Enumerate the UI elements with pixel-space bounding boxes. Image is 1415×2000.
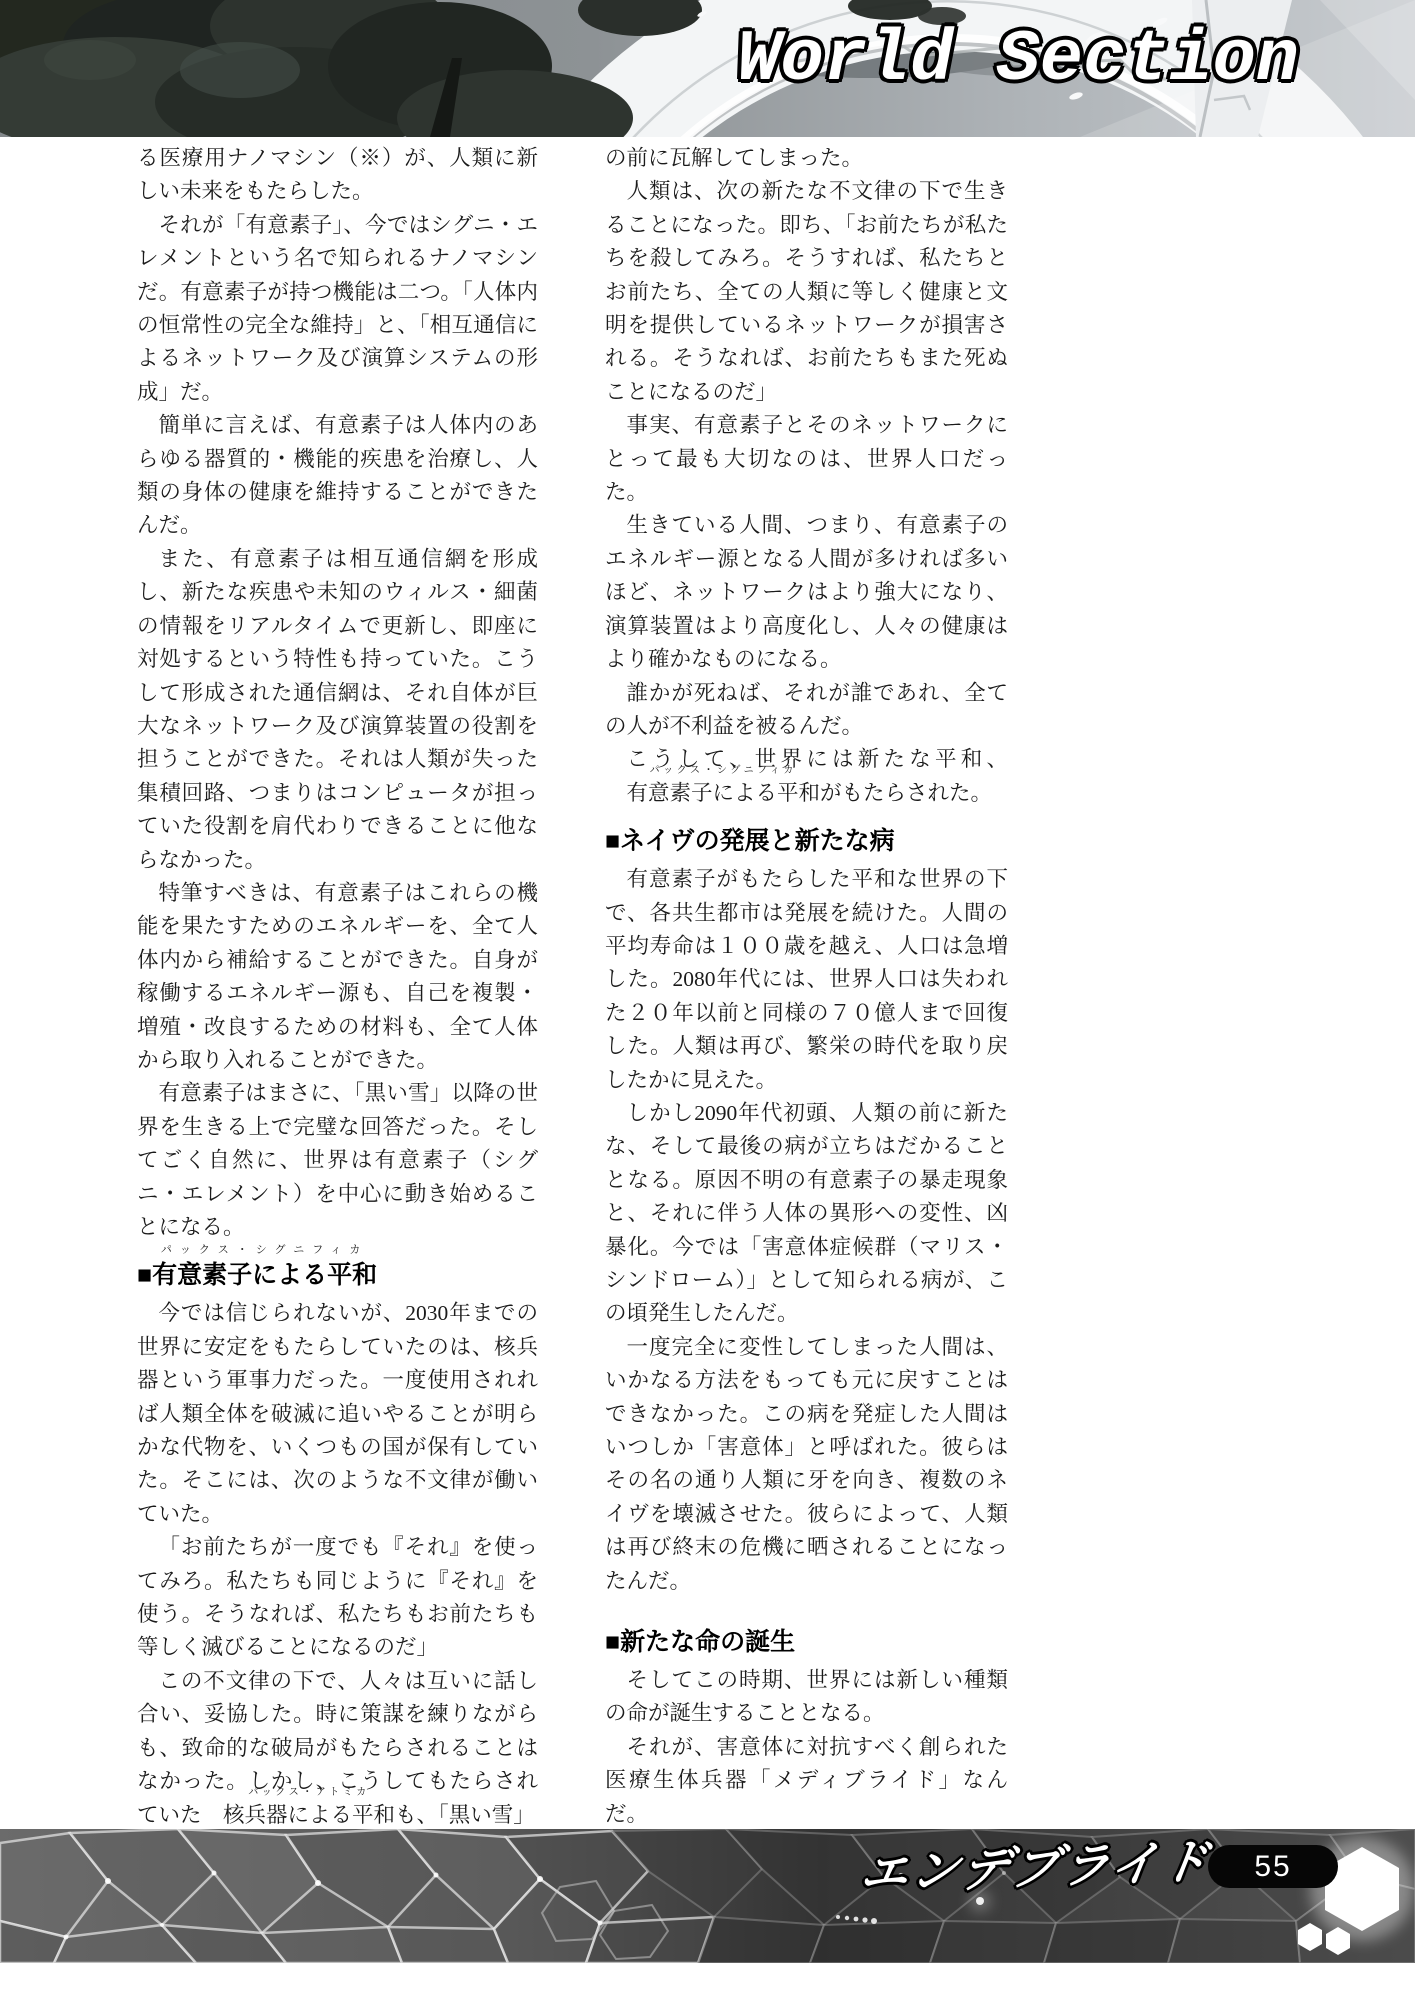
- paragraph: 生きている人間、つまり、有意素子のエネルギー源となる人間が多ければ多いほど、ネッ…: [605, 509, 1008, 676]
- paragraph: の前に瓦解してしまった。: [605, 142, 1008, 175]
- paragraph: しかし2090年代初頭、人類の前に新たな、そして最後の病が立ちはだかることとなる…: [605, 1097, 1008, 1331]
- paragraph: 有意素子がもたらした平和な世界の下で、各共生都市は発展を続けた。人間の平均寿命は…: [605, 863, 1008, 1097]
- paragraph: 簡単に言えば、有意素子は人体内のあらゆる器質的・機能的疾患を治療し、人類の身体の…: [137, 409, 538, 543]
- section-heading: ■ネイヴの発展と新たな病: [605, 823, 1008, 859]
- paragraph: それが、害意体に対抗すべく創られた医療生体兵器「メディブライド」なんだ。: [605, 1731, 1008, 1831]
- paragraph: また、有意素子は相互通信網を形成し、新たな疾患や未知のウィルス・細菌の情報をリア…: [137, 543, 538, 877]
- ruby-annotated-text: 有意素子による平和パックス・シグニフィカ: [152, 1257, 377, 1293]
- paragraph: 人類は、次の新たな不文律の下で生きることになった。即ち、「お前たちが私たちを殺し…: [605, 175, 1008, 409]
- page-number: 55: [1254, 1850, 1291, 1883]
- paragraph: 誰かが死ねば、それが誰であれ、全ての人が不利益を被るんだ。: [605, 677, 1008, 744]
- paragraph: それが「有意素子」、今ではシグニ・エレメントという名で知られるナノマシンだ。有意…: [137, 209, 538, 409]
- paragraph: 特筆すべきは、有意素子はこれらの機能を果たすためのエネルギーを、全て人体内から補…: [137, 877, 538, 1077]
- paragraph: る医療用ナノマシン（※）が、人類に新しい未来をもたらした。: [137, 142, 538, 209]
- ruby-text: パックス・シグニフィカ: [161, 1245, 369, 1256]
- ruby-annotated-text: 有意素子による平和パックス・シグニフィカ: [605, 777, 820, 810]
- paragraph: 有意素子はまさに、「黒い雪」以降の世界を生きる上で完璧な回答だった。そしてごく自…: [137, 1077, 538, 1244]
- paragraph: 一度完全に変性してしまった人間は、いかなる方法をもっても元に戻すことはできなかっ…: [605, 1331, 1008, 1598]
- paragraph: 「お前たちが一度でも『それ』を使ってみろ。私たちも同じように『それ』を使う。そう…: [137, 1531, 538, 1665]
- ruby-text: パックス・シグニフィカ: [628, 766, 797, 776]
- paragraph: こうして、世界には新たな平和、有意素子による平和パックス・シグニフィカがもたらさ…: [605, 743, 1008, 810]
- ruby-annotated-text: 核兵器による平和パックス・アトミカ: [202, 1799, 396, 1832]
- book-page: World Section る医療用ナノマシン（※）が、人類に新しい未来をもたら…: [0, 0, 1415, 2000]
- ruby-text: パックス・アトミカ: [227, 1788, 370, 1798]
- text-column-right: の前に瓦解してしまった。人類は、次の新たな不文律の下で生きることになった。即ち、…: [605, 142, 1008, 1831]
- paragraph: そしてこの時期、世界には新しい種類の命が誕生することとなる。: [605, 1664, 1008, 1731]
- page-number-badge: 55: [1208, 1845, 1338, 1888]
- paragraph: 事実、有意素子とそのネットワークにとって最も大切なのは、世界人口だった。: [605, 409, 1008, 509]
- paragraph: 今では信じられないが、2030年までの世界に安定をもたらしていたのは、核兵器とい…: [137, 1297, 538, 1531]
- text-column-left: る医療用ナノマシン（※）が、人類に新しい未来をもたらした。それが「有意素子」、今…: [137, 142, 538, 1832]
- section-title: World Section: [737, 24, 1299, 96]
- section-heading: ■新たな命の誕生: [605, 1624, 1008, 1660]
- paragraph: この不文律の下で、人々は互いに話し合い、妥協した。時に策謀を練りながらも、致命的…: [137, 1665, 538, 1832]
- section-heading: ■有意素子による平和パックス・シグニフィカ: [137, 1257, 538, 1293]
